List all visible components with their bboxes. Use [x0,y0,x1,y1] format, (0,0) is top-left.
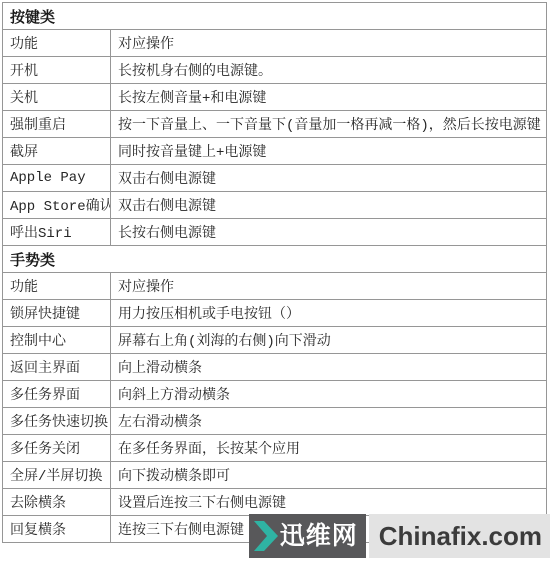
section-header-row: 按键类 [3,3,547,30]
operation-cell: 长按右侧电源键 [111,219,547,246]
operation-cell: 双击右侧电源键 [111,192,547,219]
function-cell: 回复横条 [3,516,111,543]
operation-cell: 同时按音量键上+电源键 [111,138,547,165]
function-cell: 多任务快速切换 [3,408,111,435]
function-cell: 关机 [3,84,111,111]
chevron-right-icon [254,521,278,551]
table-row: 返回主界面向上滑动横条 [3,354,547,381]
table-row: 功能对应操作 [3,30,547,57]
function-cell: 功能 [3,273,111,300]
function-cell: 多任务关闭 [3,435,111,462]
function-cell: 去除横条 [3,489,111,516]
table-row: 呼出Siri长按右侧电源键 [3,219,547,246]
shortcut-table: 按键类功能对应操作开机长按机身右侧的电源键。关机长按左侧音量+和电源键强制重启按… [2,2,547,543]
table-row: 全屏/半屏切换向下拨动横条即可 [3,462,547,489]
table-row: 关机长按左侧音量+和电源键 [3,84,547,111]
operation-cell: 对应操作 [111,273,547,300]
table-row: 去除横条设置后连按三下右侧电源键 [3,489,547,516]
operation-cell: 左右滑动横条 [111,408,547,435]
function-cell: App Store确认 [3,192,111,219]
table-row: 开机长按机身右侧的电源键。 [3,57,547,84]
operation-cell: 屏幕右上角(刘海的右侧)向下滑动 [111,327,547,354]
section-title: 手势类 [3,246,547,273]
table-row: App Store确认双击右侧电源键 [3,192,547,219]
operation-cell: 向斜上方滑动横条 [111,381,547,408]
operation-cell: 双击右侧电源键 [111,165,547,192]
function-cell: 强制重启 [3,111,111,138]
table-row: 多任务关闭在多任务界面，长按某个应用 [3,435,547,462]
operation-cell: 长按左侧音量+和电源键 [111,84,547,111]
watermark-domain-box: Chinafix.com [369,514,550,558]
operation-cell: 对应操作 [111,30,547,57]
operation-cell: 用力按压相机或手电按钮（） [111,300,547,327]
table-row: 强制重启按一下音量上、一下音量下(音量加一格再减一格)，然后长按电源键 [3,111,547,138]
operation-cell: 长按机身右侧的电源键。 [111,57,547,84]
table-row: 截屏同时按音量键上+电源键 [3,138,547,165]
function-cell: 截屏 [3,138,111,165]
function-cell: 锁屏快捷键 [3,300,111,327]
watermark-domain: Chinafix.com [379,523,542,549]
table-row: 多任务快速切换左右滑动横条 [3,408,547,435]
function-cell: 功能 [3,30,111,57]
function-cell: 多任务界面 [3,381,111,408]
xunwei-logo-box: 迅维网 [249,514,366,558]
table-row: 多任务界面向斜上方滑动横条 [3,381,547,408]
function-cell: 开机 [3,57,111,84]
operation-cell: 在多任务界面，长按某个应用 [111,435,547,462]
function-cell: 返回主界面 [3,354,111,381]
watermark: 迅维网 Chinafix.com [249,514,550,558]
operation-cell: 设置后连按三下右侧电源键 [111,489,547,516]
function-cell: 控制中心 [3,327,111,354]
function-cell: Apple Pay [3,165,111,192]
section-header-row: 手势类 [3,246,547,273]
function-cell: 呼出Siri [3,219,111,246]
section-title: 按键类 [3,3,547,30]
table-row: 锁屏快捷键用力按压相机或手电按钮（） [3,300,547,327]
operation-cell: 按一下音量上、一下音量下(音量加一格再减一格)，然后长按电源键 [111,111,547,138]
operation-cell: 向上滑动横条 [111,354,547,381]
function-cell: 全屏/半屏切换 [3,462,111,489]
table-row: 控制中心屏幕右上角(刘海的右侧)向下滑动 [3,327,547,354]
table-row: Apple Pay双击右侧电源键 [3,165,547,192]
operation-cell: 向下拨动横条即可 [111,462,547,489]
table-row: 功能对应操作 [3,273,547,300]
watermark-site-name: 迅维网 [280,524,358,549]
